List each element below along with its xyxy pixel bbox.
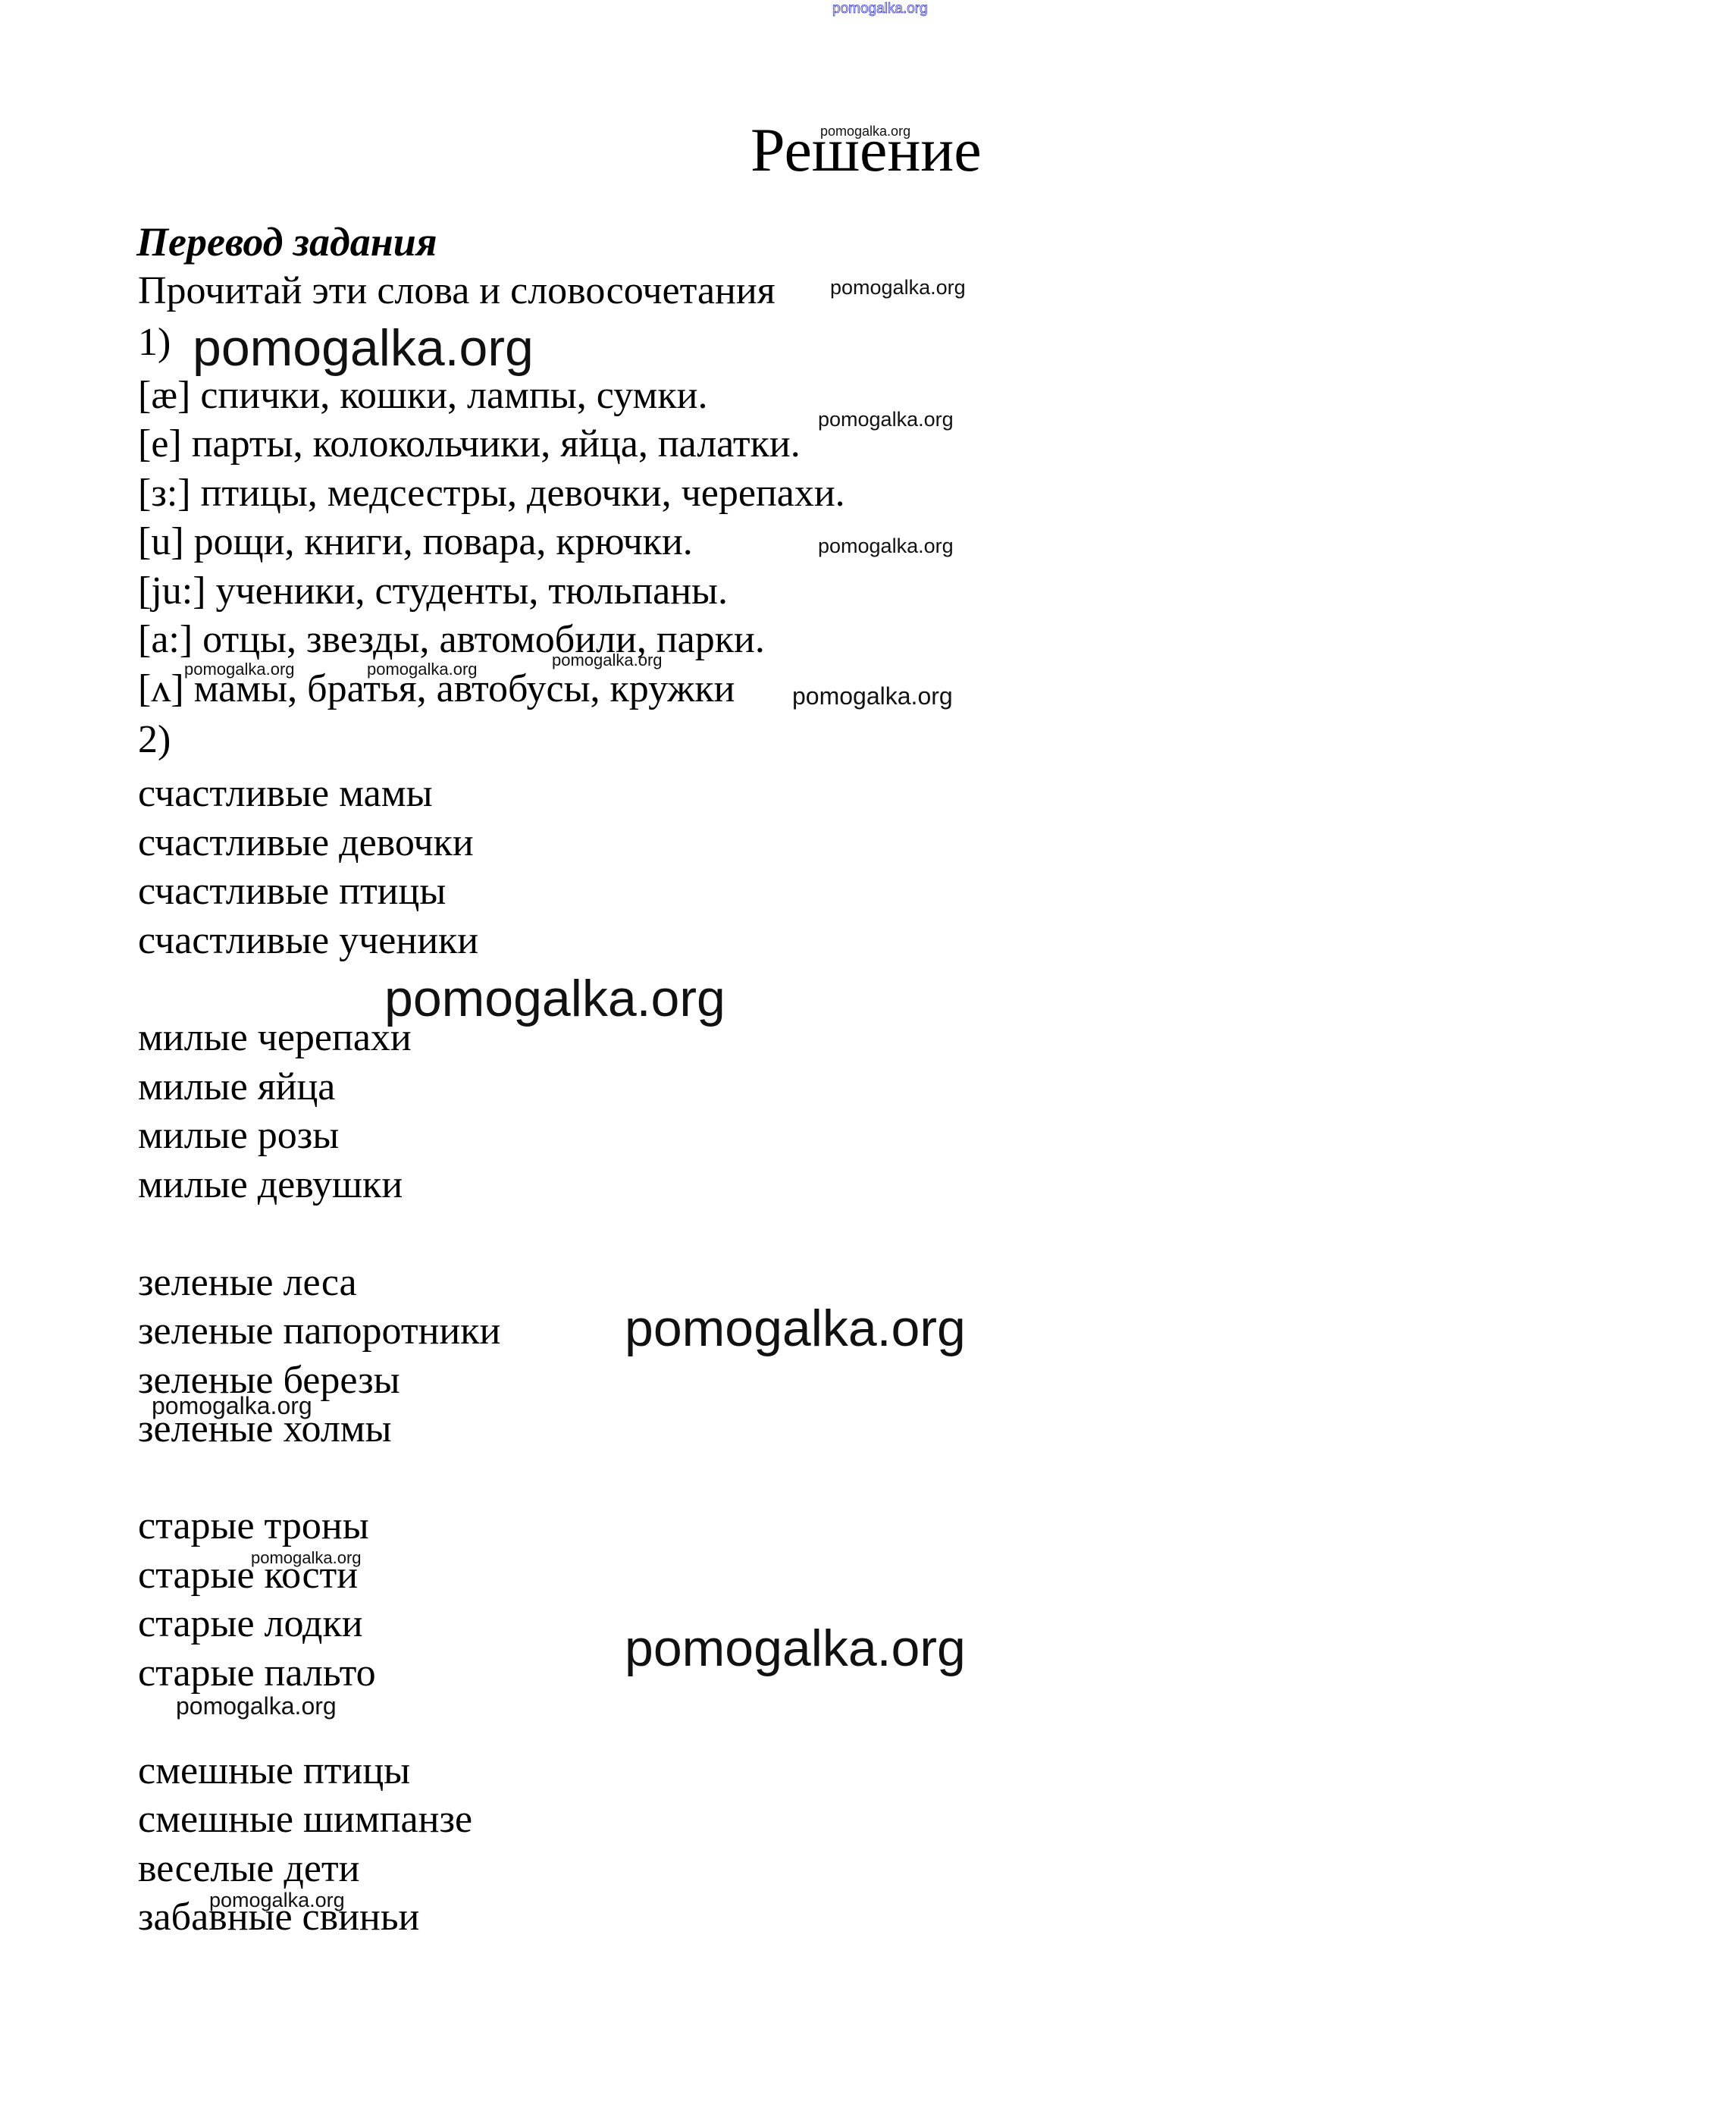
- phonetic-line-ju: [ju:] ученики, студенты, тюльпаны.: [138, 572, 728, 611]
- watermark-u-line: pomogalka.org: [818, 536, 954, 557]
- watermark-top: pomogalka.org: [832, 2, 928, 16]
- watermark-green: pomogalka.org: [152, 1394, 312, 1418]
- document-page: pomogalka.org Решение pomogalka.org Пере…: [0, 0, 1736, 2104]
- watermark-funny: pomogalka.org: [209, 1890, 345, 1911]
- phrase: зеленые папоротники: [138, 1312, 500, 1351]
- part2-label: 2): [138, 720, 171, 760]
- phrase: милые черепахи: [138, 1018, 412, 1058]
- watermark-large-2: pomogalka.org: [384, 973, 725, 1024]
- phonetic-line-3: [з:] птицы, медсестры, девочки, черепахи…: [138, 474, 845, 513]
- watermark-instruction: pomogalka.org: [830, 278, 966, 298]
- phrase: милые розы: [138, 1116, 339, 1155]
- section-heading: Перевод задания: [136, 221, 437, 262]
- watermark-a-line: pomogalka.org: [552, 652, 663, 669]
- phonetic-line-e: [e] парты, колокольчики, яйца, палатки.: [138, 425, 801, 464]
- watermark-old-1: pomogalka.org: [251, 1550, 362, 1566]
- phrase: старые лодки: [138, 1604, 363, 1644]
- phrase: смешные птицы: [138, 1751, 410, 1791]
- phrase: счастливые девочки: [138, 823, 474, 863]
- watermark-large-3: pomogalka.org: [625, 1303, 966, 1354]
- part1-label: 1): [138, 323, 171, 362]
- phrase: старые пальто: [138, 1654, 376, 1693]
- phonetic-line-a: [a:] отцы, звезды, автомобили, парки.: [138, 620, 765, 660]
- phrase: смешные шимпанзе: [138, 1800, 472, 1839]
- phonetic-line-ae: [æ] спички, кошки, лампы, сумки.: [138, 376, 707, 415]
- watermark-large-1: pomogalka.org: [193, 322, 534, 374]
- watermark-e-line: pomogalka.org: [818, 409, 954, 430]
- phrase: счастливые ученики: [138, 921, 478, 961]
- watermark-v-line-end: pomogalka.org: [792, 684, 953, 708]
- phrase: старые троны: [138, 1507, 369, 1546]
- phrase: веселые дети: [138, 1849, 359, 1889]
- watermark-title: pomogalka.org: [820, 124, 910, 138]
- watermark-large-4: pomogalka.org: [625, 1623, 966, 1674]
- watermark-v-line-2: pomogalka.org: [367, 661, 478, 678]
- phrase: счастливые мамы: [138, 774, 433, 814]
- phrase: милые девушки: [138, 1165, 403, 1205]
- watermark-old-2: pomogalka.org: [176, 1694, 337, 1718]
- phonetic-line-u: [u] рощи, книги, повара, крючки.: [138, 522, 693, 562]
- instruction-text: Прочитай эти слова и словосочетания: [138, 271, 776, 311]
- phrase: счастливые птицы: [138, 872, 446, 911]
- watermark-v-line-1: pomogalka.org: [184, 661, 295, 678]
- phrase: зеленые леса: [138, 1263, 357, 1303]
- phrase: милые яйца: [138, 1068, 335, 1107]
